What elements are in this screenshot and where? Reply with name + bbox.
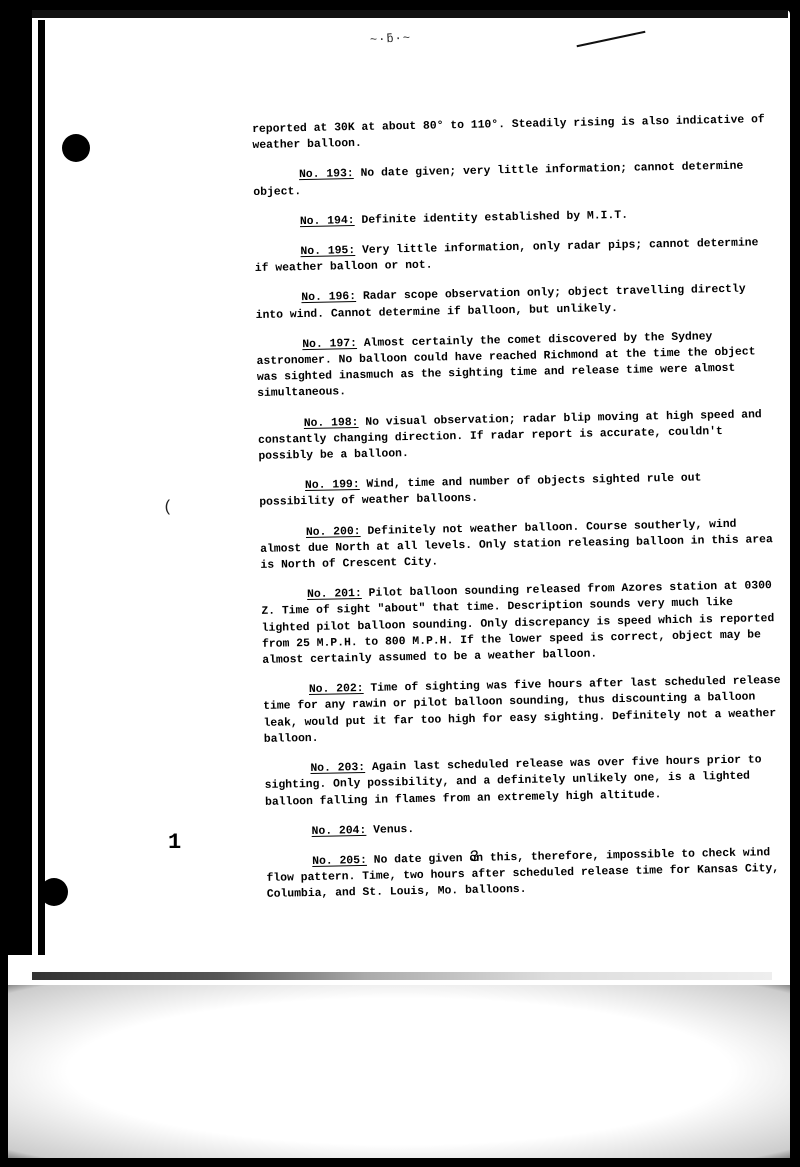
entry-199: No. 199: Wind, time and number of object…	[259, 469, 780, 511]
entry-196: No. 196: Radar scope observation only; o…	[255, 281, 776, 323]
entry-193: No. 193: No date given; very little info…	[253, 158, 774, 200]
scan-bottom-rule	[32, 972, 772, 980]
entry-number: No. 199:	[305, 479, 360, 492]
entry-203: No. 203: Again last scheduled release wa…	[264, 752, 785, 811]
entry-205: No. 205: No date given on this, therefor…	[266, 845, 787, 904]
entry-201: No. 201: Pilot balloon sounding released…	[261, 578, 782, 669]
punch-hole-top	[62, 134, 90, 162]
entry-200: No. 200: Definitely not weather balloon.…	[260, 516, 781, 575]
scan-top-border	[28, 10, 788, 18]
entry-197: No. 197: Almost certainly the comet disc…	[256, 328, 777, 403]
entry-202: No. 202: Time of sighting was five hours…	[263, 673, 784, 748]
entry-text: Definite identity established by M.I.T.	[361, 210, 628, 227]
entry-195: No. 195: Very little information, only r…	[254, 235, 775, 277]
margin-paren-mark: (	[163, 498, 173, 516]
scan-noise-area	[8, 985, 790, 1158]
entry-number: No. 200:	[306, 526, 361, 539]
entry-number: No. 201:	[307, 588, 362, 601]
scan-left-border	[8, 10, 32, 955]
continuation-paragraph: reported at 30K at about 80° to 110°. St…	[252, 112, 773, 154]
entry-number: No. 198:	[304, 417, 359, 430]
binding-line	[38, 20, 45, 955]
entry-number: No. 197:	[302, 338, 357, 351]
entry-number: No. 193:	[299, 168, 354, 181]
punch-hole-bottom	[40, 878, 68, 906]
entry-number: No. 194:	[300, 215, 355, 228]
document-page: ~·ƃ·~ ( reported at 30K at about 80° to …	[8, 10, 790, 1158]
entry-number: No. 203:	[310, 762, 365, 775]
handwritten-mark-top: ~·ƃ·~	[370, 31, 412, 47]
margin-number-mark: 1	[168, 830, 181, 855]
entry-number: No. 196:	[301, 291, 356, 304]
entry-198: No. 198: No visual observation; radar bl…	[258, 407, 779, 466]
entry-number: No. 204:	[312, 825, 367, 838]
pen-stroke	[577, 31, 646, 48]
entry-204: No. 204: Venus.	[265, 815, 785, 841]
entry-number: No. 205:	[312, 855, 367, 868]
entry-194: No. 194: Definite identity established b…	[254, 205, 774, 231]
document-body: reported at 30K at about 80° to 110°. St…	[252, 112, 787, 917]
entry-number: No. 202:	[309, 683, 364, 696]
entry-number: No. 195:	[300, 245, 355, 258]
entry-text: Venus.	[373, 824, 414, 837]
